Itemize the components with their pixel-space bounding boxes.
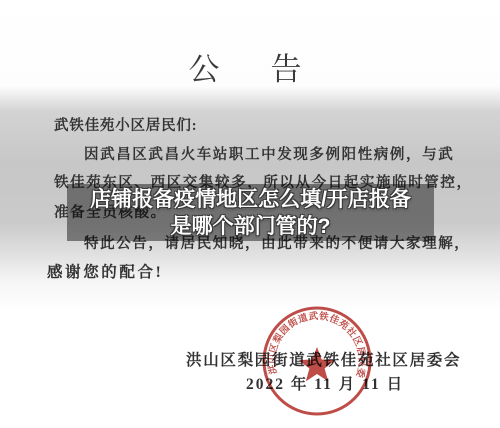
headline-line2: 是哪个部门管的? [171, 213, 331, 240]
notice-photo: 公 告 武铁佳苑小区居民们: 因武昌区武昌火车站职工中发现多例阳性病例，与武 铁… [0, 0, 500, 428]
notice-body-line: 感谢您的配合! [47, 260, 163, 282]
notice-body-line: 因武昌区武昌火车站职工中发现多例阳性病例，与武 [84, 143, 454, 164]
seal-star-icon [299, 347, 335, 381]
notice-greeting: 武铁佳苑小区居民们: [54, 114, 197, 135]
notice-title: 公 告 [0, 44, 500, 89]
headline-line1: 店铺报备疫情地区怎么填/开店报备 [90, 186, 411, 213]
headline-overlay: 店铺报备疫情地区怎么填/开店报备 是哪个部门管的? [67, 184, 434, 241]
official-seal: 洪山区梨园街道武铁佳苑社区居民委员会 [258, 302, 376, 420]
